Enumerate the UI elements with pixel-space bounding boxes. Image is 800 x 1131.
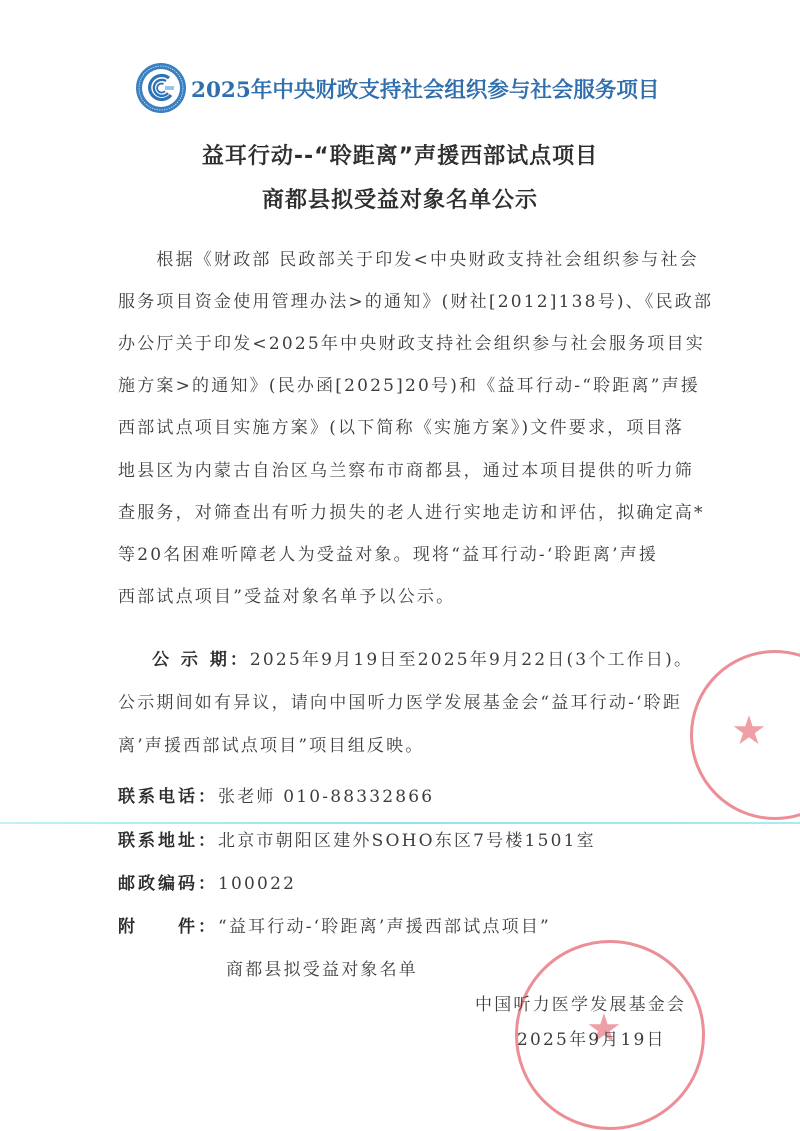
objection-line-1: 公示期间如有异议，请向中国听力医学发展基金会“益耳行动-‘聆距 <box>118 688 682 713</box>
official-seal-partial: ★ <box>690 650 800 820</box>
body-line-2: 服务项目资金使用管理办法>的通知》(财社[2012]138号)、《民政部 <box>118 287 713 312</box>
attachment-label: 附 件： <box>118 917 218 937</box>
contact-phone-value: 张老师 010-88332866 <box>218 787 434 807</box>
signature-date: 2025年9月19日 <box>517 1025 666 1050</box>
attachment-line-2: 商都县拟受益对象名单 <box>226 955 418 980</box>
seal-star-icon: ★ <box>731 711 767 751</box>
notice-period-value: 2025年9月19日至2025年9月22日(3个工作日)。 <box>250 650 693 670</box>
banner-title: 2025年中央财政支持社会组织参与社会服务项目 <box>191 73 659 104</box>
objection-line-2: 离’声援西部试点项目”项目组反映。 <box>118 731 425 756</box>
body-line-1: 根据《财政部 民政部关于印发<中央财政支持社会组织参与社会 <box>118 245 699 270</box>
notice-period: 公 示 期：2025年9月19日至2025年9月22日(3个工作日)。 <box>152 645 693 670</box>
body-line-5: 西部试点项目实施方案》(以下简称《实施方案》)文件要求，项目落 <box>118 413 684 438</box>
body-line-4: 施方案>的通知》(民办函[2025]20号)和《益耳行动-“聆距离”声援 <box>118 371 700 396</box>
contact-address: 联系地址：北京市朝阳区建外SOHO东区7号楼1501室 <box>118 826 596 851</box>
document-subtitle: 商都县拟受益对象名单公示 <box>0 183 800 214</box>
contact-phone: 联系电话：张老师 010-88332866 <box>118 782 434 807</box>
notice-period-label: 公 示 期： <box>152 650 250 670</box>
document-page: 2025年中央财政支持社会组织参与社会服务项目 益耳行动--“聆距离”声援西部试… <box>0 0 800 1131</box>
contact-address-label: 联系地址： <box>118 831 218 851</box>
contact-postcode-label: 邮政编码： <box>118 874 218 894</box>
program-logo-circle-icon <box>135 62 187 114</box>
document-title: 益耳行动--“聆距离”声援西部试点项目 <box>0 139 800 170</box>
contact-postcode: 邮政编码：100022 <box>118 869 296 894</box>
scan-artifact-line <box>0 822 800 824</box>
body-line-3: 办公厅关于印发<2025年中央财政支持社会组织参与社会服务项目实 <box>118 329 705 354</box>
signature-organization: 中国听力医学发展基金会 <box>475 990 686 1015</box>
body-line-9: 西部试点项目”受益对象名单予以公示。 <box>118 582 455 607</box>
attachment-line-1: “益耳行动-‘聆距离’声援西部试点项目” <box>218 917 551 937</box>
contact-phone-label: 联系电话： <box>118 787 218 807</box>
attachment: 附 件：“益耳行动-‘聆距离’声援西部试点项目” <box>118 912 551 937</box>
program-banner: 2025年中央财政支持社会组织参与社会服务项目 <box>135 60 659 116</box>
contact-postcode-value: 100022 <box>218 874 296 894</box>
body-line-6: 地县区为内蒙古自治区乌兰察布市商都县，通过本项目提供的听力筛 <box>118 456 694 481</box>
body-line-7: 查服务，对筛查出有听力损失的老人进行实地走访和评估，拟确定高* <box>118 498 705 523</box>
body-line-8: 等20名困难听障老人为受益对象。现将“益耳行动-‘聆距离’声援 <box>118 540 658 565</box>
contact-address-value: 北京市朝阳区建外SOHO东区7号楼1501室 <box>218 831 596 851</box>
